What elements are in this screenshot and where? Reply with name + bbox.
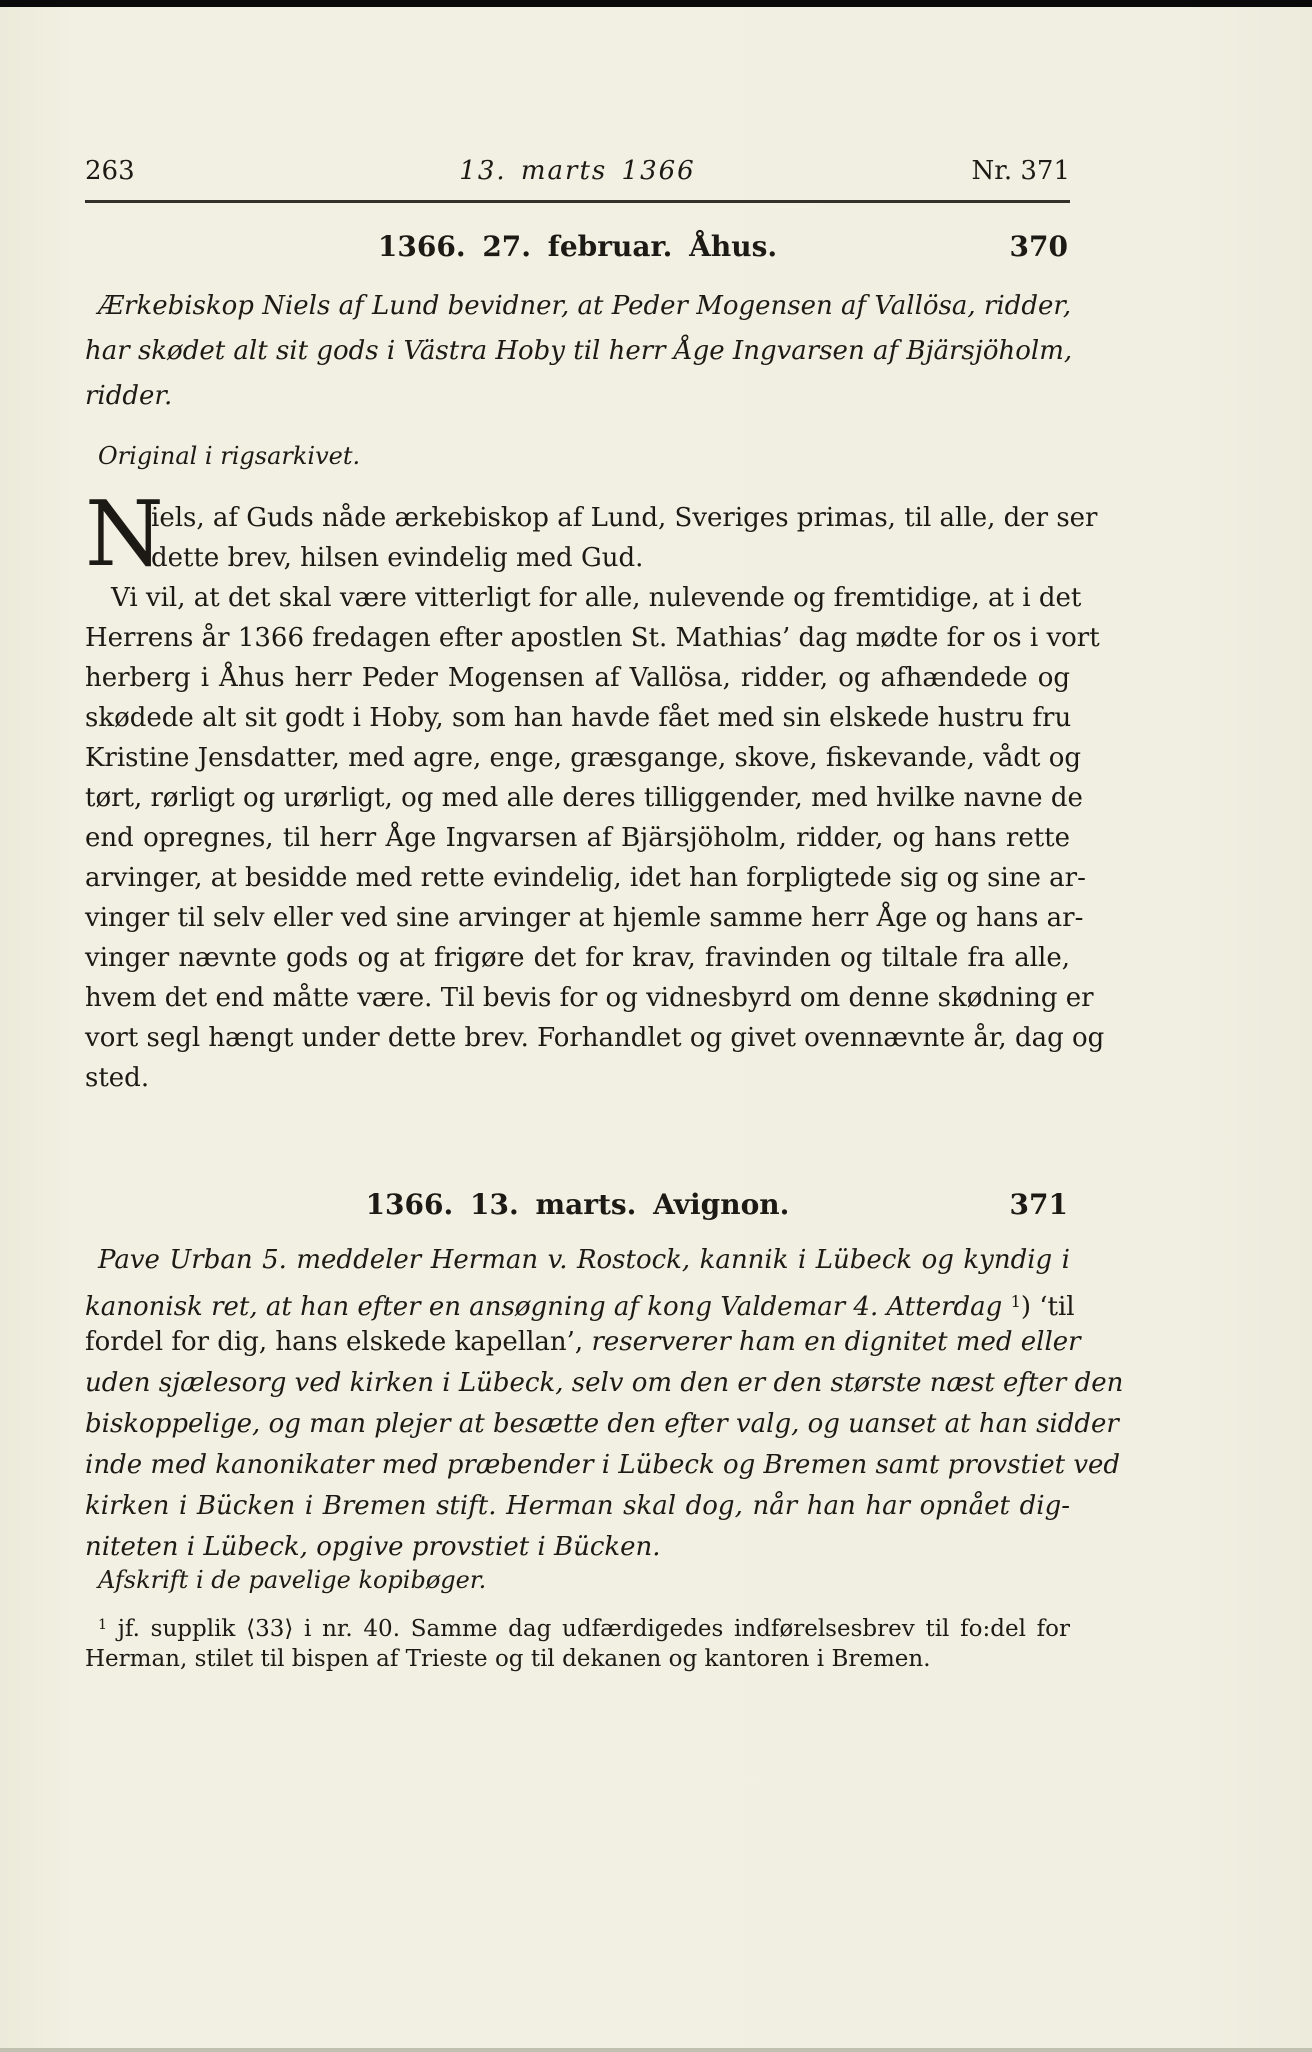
drop-cap-initial: N: [85, 498, 151, 578]
entry-370-opening: iels, af Guds nåde ærkebiskop af Lund, S…: [85, 498, 1070, 578]
scan-edge-top: [0, 0, 1312, 7]
text-segment: ‘til: [1039, 1292, 1074, 1322]
text-line: dette brev, hilsen evindelig med Gud.: [85, 538, 1070, 578]
entry-371-source-note: Afskrift i de pavelige kopibøger.: [85, 1566, 1083, 1594]
text-line: hvem det end måtte være. Til bevis for o…: [85, 978, 1070, 1018]
text-line: ridder.: [85, 374, 1070, 419]
text-line: tørt, rørligt og urørligt, og med alle d…: [85, 778, 1070, 818]
text-line: iels, af Guds nåde ærkebiskop af Lund, S…: [85, 498, 1070, 538]
text-line: inde med kanonikater med præbender i Lüb…: [85, 1445, 1070, 1486]
text-line: kanonisk ret, at han efter en ansøgning …: [85, 1281, 1070, 1322]
text-line: Ærkebiskop Niels af Lund bevidner, at Pe…: [85, 284, 1070, 329]
text-line: vinger nævnte gods og at frigøre det for…: [85, 938, 1070, 978]
text-line: har skødet alt sit gods i Västra Hoby ti…: [85, 329, 1070, 374]
text-line: vinger til selv eller ved sine arvinger …: [85, 898, 1070, 938]
text-line: 1 jf. supplik ⟨33⟩ i nr. 40. Samme dag u…: [85, 1608, 1070, 1642]
text-line: arvinger, at besidde med rette evindelig…: [85, 858, 1070, 898]
text-line: kirken i Bücken i Bremen stift. Herman s…: [85, 1486, 1070, 1527]
text-line: fordel for dig, hans elskede kapellan’, …: [85, 1322, 1070, 1363]
entry-371-heading: 1366. 13. marts. Avignon. 371: [85, 1188, 1070, 1221]
text-segment: kanonisk ret, at han efter en ansøgning …: [85, 1292, 1011, 1322]
scan-edge-bottom: [0, 2048, 1312, 2052]
entry-370-source-note: Original i rigsarkivet.: [85, 442, 1083, 470]
header-entry-ref: Nr. 371: [910, 156, 1070, 186]
entry-371-summary: Pave Urban 5. meddeler Herman v. Rostock…: [85, 1240, 1070, 1568]
text-segment: fordel for dig, hans elskede kapellan’,: [85, 1327, 583, 1357]
text-line: Kristine Jensdatter, med agre, enge, græ…: [85, 738, 1070, 778]
text-line: skødede alt sit godt i Hoby, som han hav…: [85, 698, 1070, 738]
page-number: 263: [85, 156, 245, 186]
entry-370-body: N iels, af Guds nåde ærkebiskop af Lund,…: [85, 498, 1070, 1098]
entry-371-date-place: 1366. 13. marts. Avignon.: [366, 1188, 790, 1221]
text-line: biskoppelige, og man plejer at besætte d…: [85, 1404, 1070, 1445]
entry-371-footnote: 1 jf. supplik ⟨33⟩ i nr. 40. Samme dag u…: [85, 1608, 1070, 1676]
entry-370-summary: Ærkebiskop Niels af Lund bevidner, at Pe…: [85, 284, 1070, 419]
entry-371-number: 371: [1010, 1188, 1068, 1221]
text-line: herberg i Åhus herr Peder Mogensen af Va…: [85, 658, 1070, 698]
text-line: Vi vil, at det skal være vitterligt for …: [85, 578, 1070, 618]
text-line: vort segl hængt under dette brev. Forhan…: [85, 1018, 1070, 1058]
text-segment: jf. supplik ⟨33⟩ i nr. 40. Samme dag udf…: [107, 1616, 1070, 1642]
text-segment: reserverer ham en dignitet med eller: [583, 1327, 1080, 1357]
footnote-marker: 1: [98, 1617, 107, 1633]
text-line: Pave Urban 5. meddeler Herman v. Rostock…: [85, 1240, 1070, 1281]
entry-370-date-place: 1366. 27. februar. Åhus.: [378, 230, 777, 263]
entry-370-number: 370: [1010, 230, 1068, 263]
entry-370-heading: 1366. 27. februar. Åhus. 370: [85, 230, 1070, 263]
entry-370-paragraph: Vi vil, at det skal være vitterligt for …: [85, 578, 1070, 1098]
header-rule: [85, 200, 1070, 203]
text-line: uden sjælesorg ved kirken i Lübeck, selv…: [85, 1363, 1070, 1404]
scanned-book-page: 263 13. marts 1366 Nr. 371 1366. 27. feb…: [0, 0, 1312, 2052]
text-line: niteten i Lübeck, opgive provstiet i Büc…: [85, 1527, 1070, 1568]
text-line: Herrens år 1366 fredagen efter apostlen …: [85, 618, 1070, 658]
text-segment: ): [1021, 1292, 1039, 1322]
running-title: 13. marts 1366: [245, 156, 910, 186]
running-header: 263 13. marts 1366 Nr. 371: [85, 156, 1070, 186]
text-line: sted.: [85, 1058, 1070, 1098]
text-line: end opregnes, til herr Åge Ingvarsen af …: [85, 818, 1070, 858]
footnote-marker: 1: [1011, 1292, 1021, 1311]
text-line: Herman, stilet til bispen af Trieste og …: [85, 1642, 1070, 1676]
